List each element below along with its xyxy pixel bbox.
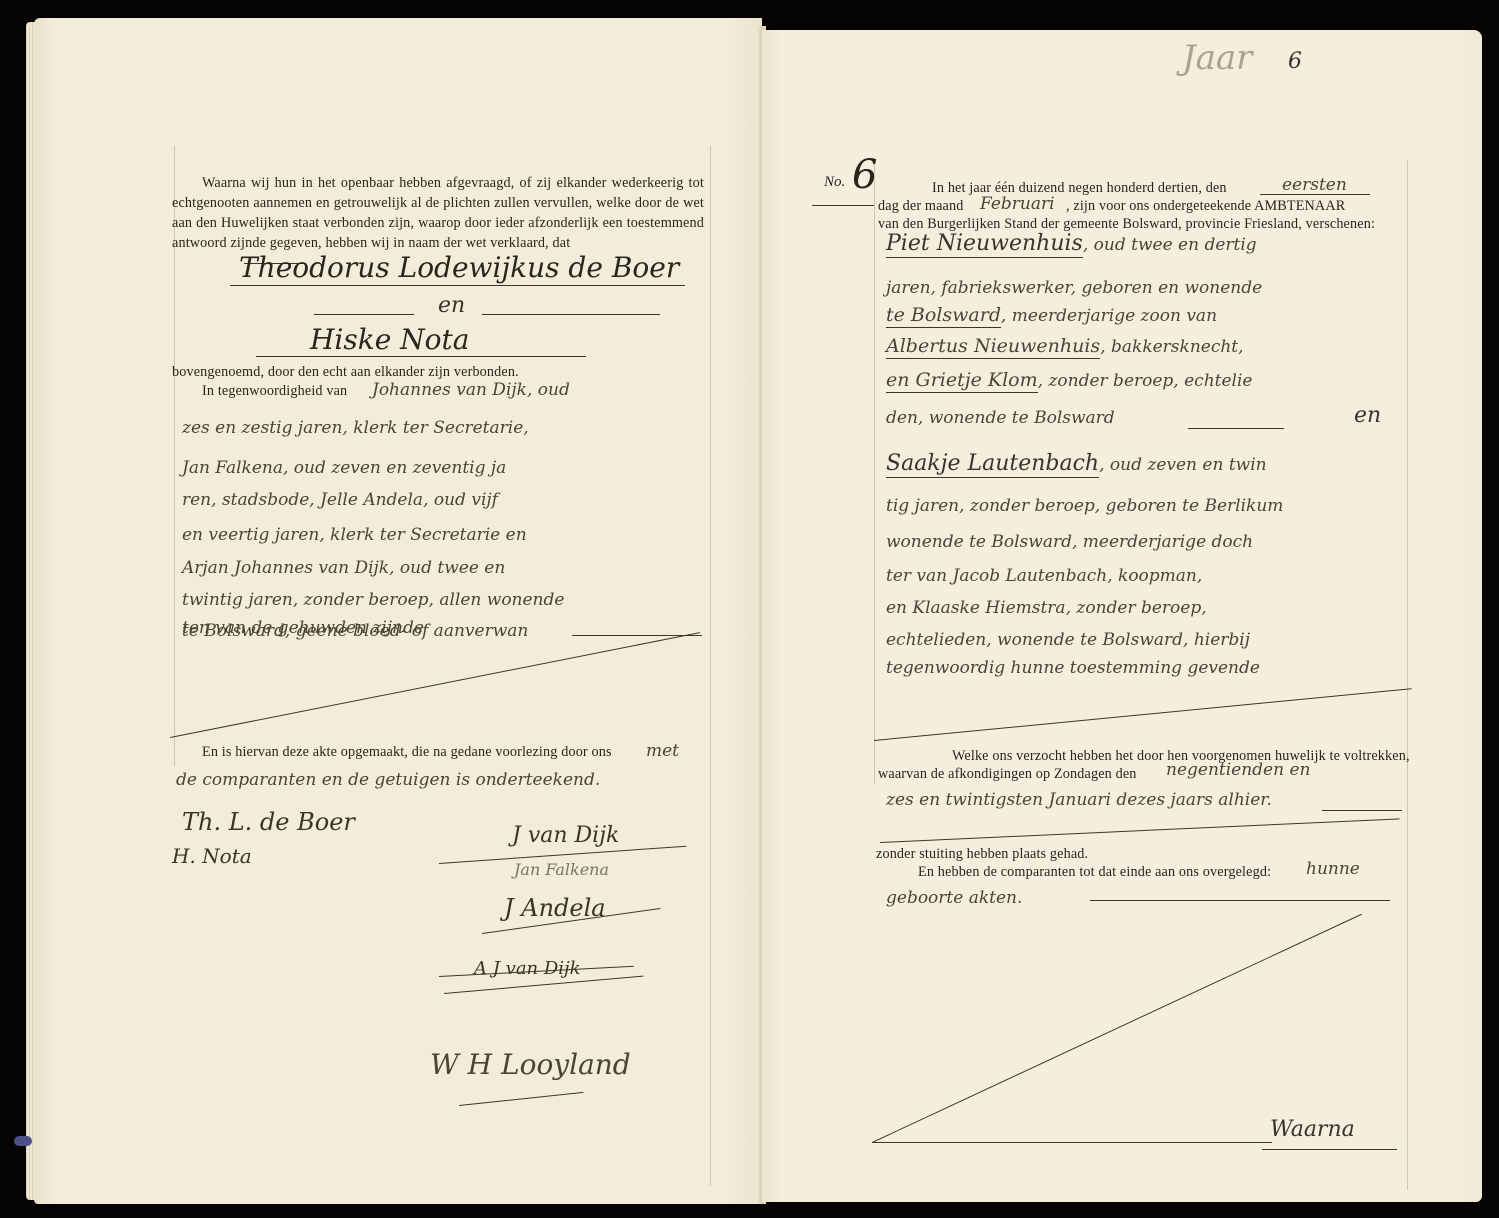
groom-mother-name: en Grietje Klom [886, 369, 1038, 393]
documents-hand: geboorte akten. [886, 888, 1022, 908]
groom-father-occupation: , bakkersknecht, [1100, 337, 1243, 357]
witness-line: Arjan Johannes van Dijk, oud twee en [182, 558, 505, 578]
day-hand: eersten [1282, 175, 1347, 195]
printed-line1: In het jaar één duizend negen honderd de… [932, 178, 1227, 198]
rule [1090, 900, 1390, 901]
groom-parents-residence: den, wonende te Bolsward [886, 408, 1115, 428]
groom-father-line: Albertus Nieuwenhuis, bakkersknecht, [886, 336, 1244, 357]
flourish [459, 1092, 583, 1106]
groom-mother-detail: , zonder beroep, echtelie [1038, 371, 1253, 391]
printed-line2b: , zijn voor ons ondergeteekende AMBTENAA… [1066, 196, 1345, 216]
documents-hand: hunne [1306, 859, 1360, 879]
groom-name: Piet Nieuwenhuis [886, 231, 1083, 258]
witness-line: en veertig jaren, klerk ter Secretarie e… [182, 525, 527, 545]
bride-line: en Klaaske Hiemstra, zonder beroep, [886, 598, 1207, 618]
rule [256, 356, 586, 357]
witness-line: ren, stadsbode, Jelle Andela, oud vijf [182, 490, 498, 510]
printed-presence: In tegenwoordigheid van [202, 381, 347, 401]
rule [812, 205, 874, 206]
rule [1188, 428, 1284, 429]
right-margin-rule [710, 146, 711, 1186]
printed-intro: Waarna wij hun in het openbaar hebben af… [172, 173, 704, 253]
groom-detail: , oud twee en dertig [1083, 235, 1257, 255]
left-page: Waarna wij hun in het openbaar hebben af… [34, 18, 762, 1204]
cancel-diagonal [170, 632, 700, 738]
rule [314, 314, 414, 315]
signature-official: W H Looyland [430, 1048, 631, 1081]
groom-father-name: Albertus Nieuwenhuis [886, 335, 1100, 359]
month-hand: Februari [980, 194, 1055, 214]
closing-hand: de comparanten en de getuigen is onderte… [176, 770, 600, 790]
bride-detail: , oud zeven en twin [1099, 455, 1267, 475]
witness-line: zes en zestig jaren, klerk ter Secretari… [182, 418, 529, 438]
corner-note: Jaar [1182, 48, 1252, 68]
signature-bride: H. Nota [172, 844, 252, 868]
corner-number: 6 [1288, 52, 1302, 72]
right-page: Jaar 6 No. 6 In het jaar één duizend neg… [762, 30, 1482, 1202]
bride-line: echtelieden, wonende te Bolsward, hierbi… [886, 630, 1250, 650]
cancel-diagonal [874, 688, 1412, 741]
bride-line: tig jaren, zonder beroep, geboren te Ber… [886, 496, 1283, 516]
bride-name: Saakje Lautenbach [886, 451, 1099, 478]
rule [230, 285, 685, 286]
printed-no-objection: zonder stuiting hebben plaats gehad. [876, 844, 1088, 864]
groom-mother-line: en Grietje Klom, zonder beroep, echtelie [886, 370, 1252, 391]
record-label: No. [824, 174, 845, 191]
bride-line: ter van Jacob Lautenbach, koopman, [886, 566, 1202, 586]
banns-hand: zes en twintigsten Januari dezes jaars a… [886, 790, 1272, 810]
closing-hand: met [646, 741, 679, 761]
right-margin-rule [1407, 160, 1408, 1190]
witness-line: Johannes van Dijk, oud [372, 380, 570, 400]
signature-witness-1: J van Dijk [512, 823, 619, 848]
left-margin-rule [874, 165, 875, 785]
groom-residence: te Bolsward [886, 304, 1001, 328]
printed-banns: waarvan de afkondigingen op Zondagen den [878, 764, 1137, 784]
rule [1260, 194, 1370, 195]
groom-detail: , meerderjarige zoon van [1001, 306, 1217, 326]
groom-line: jaren, fabriekswerker, geboren en wonend… [886, 278, 1262, 298]
printed-documents: En hebben de comparanten tot dat einde a… [918, 862, 1271, 882]
rule [1262, 1149, 1397, 1150]
printed-united: bovengenoemd, door den echt aan elkander… [172, 362, 704, 382]
cancel-diagonal [872, 914, 1362, 1143]
signature-witness-2: Jan Falkena [514, 860, 609, 879]
rule [482, 314, 660, 315]
record-number: 6 [852, 152, 877, 198]
conjunction-en: en [438, 296, 465, 316]
rule [1322, 810, 1402, 811]
signature-groom: Th. L. de Boer [182, 808, 355, 836]
witness-line-last: ten van de gehuwden zijnde [182, 618, 424, 638]
blue-tab-marker [14, 1136, 32, 1146]
bride-line: Saakje Lautenbach, oud zeven en twin [886, 454, 1267, 475]
printed-line2a: dag der maand [878, 196, 963, 216]
rule [872, 1142, 1272, 1143]
bride-line: tegenwoordig hunne toestemming gevende [886, 658, 1260, 678]
witness-line: twintig jaren, zonder beroep, allen wone… [182, 590, 564, 610]
bride-name: Hiske Nota [310, 330, 469, 350]
banns-hand: negentienden en [1166, 760, 1310, 780]
catchword: Waarna [1270, 1120, 1355, 1140]
bride-line: wonende te Bolsward, meerderjarige doch [886, 532, 1253, 552]
groom-line: Piet Nieuwenhuis, oud twee en dertig [886, 234, 1257, 255]
cancel-diagonal [880, 818, 1400, 843]
conjunction-en: en [1354, 406, 1381, 426]
witness-line: Jan Falkena, oud zeven en zeventig ja [182, 458, 506, 478]
groom-line: te Bolsward, meerderjarige zoon van [886, 305, 1217, 326]
groom-name: Theodorus Lodewijkus de Boer [239, 258, 679, 278]
printed-closing: En is hiervan deze akte opgemaakt, die n… [202, 742, 612, 762]
